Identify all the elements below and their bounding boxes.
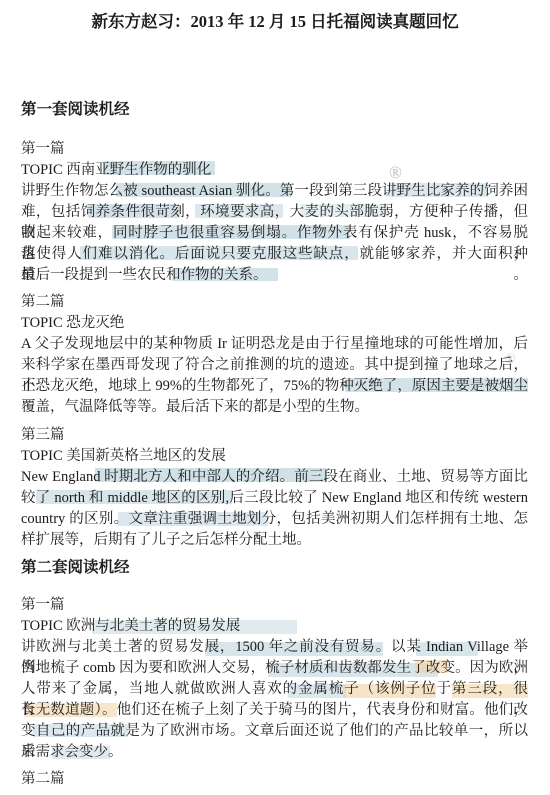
text-line: 来科学家在墨西哥发现了符合之前推测的坑的遗迹。其中提到撞了地球之后，不 <box>21 355 528 376</box>
text-line: 来需求会变少。 <box>21 742 528 763</box>
passage-topic: TOPIC 恐龙灭绝 <box>21 313 528 334</box>
text-line: 当地梳子 comb 因为要和欧洲人交易，梳子材质和齿数都发生了改变。因为欧洲 <box>21 658 528 679</box>
passage-body: 讲欧洲与北美土著的贸易发展，1500 年之前没有贸易。以某 Indian Vil… <box>21 637 528 763</box>
text-line: 人带来了金属，当地人就做欧洲人喜欢的金属梳子（该例子位于第三段，很长， <box>21 679 528 700</box>
document-page: ®® 新东方赵习：2013 年 12 月 15 日托福阅读真题回忆 第一套阅读机… <box>0 0 550 795</box>
passage-label: 第一篇 <box>21 139 528 160</box>
passage-label: 第二篇 <box>21 292 528 313</box>
text-line: 讲欧洲与北美土著的贸易发展，1500 年之前没有贸易。以某 Indian Vil… <box>21 637 528 658</box>
passage-body: A 父子发现地层中的某种物质 Ir 证明恐龙是由于行星撞地球的可能性增加，后来科… <box>21 334 528 418</box>
text-line: 讲野生作物怎么被 southeast Asian 驯化。第一段到第三段讲野生比家… <box>21 181 528 202</box>
text-line: country 的区别。文章注重强调土地划分，包括美洲初期人们怎样拥有土地、怎 <box>21 509 528 530</box>
text-line: 割起来较难，同时脖子也很重容易倒塌。作物外表有保护壳 husk，不容易脱落， <box>21 223 528 244</box>
text-line: 也使得人们难以消化。后面说只要克服这些缺点，就能够家养，并大面积种植。 <box>21 244 528 265</box>
text-line: 较了 north 和 middle 地区的区别,后三段比较了 New Engla… <box>21 488 528 509</box>
text-line: 样扩展等，后期有了儿子之后怎样分配土地。 <box>21 530 528 551</box>
passage-block: 第二篇 <box>21 769 528 790</box>
section-heading-1: 第一套阅读机经 <box>21 99 528 120</box>
passage-label: 第一篇 <box>21 595 528 616</box>
text-line: 覆盖，气温降低等等。最后活下来的都是小型的生物。 <box>21 397 528 418</box>
passage-block: 第一篇 TOPIC 欧洲与北美土著的贸易发展 讲欧洲与北美土著的贸易发展，150… <box>21 595 528 763</box>
passage-block: 第三篇 TOPIC 美国新英格兰地区的发展 New England 时期北方人和… <box>21 425 528 551</box>
passage-block: 第一篇 TOPIC 西南亚野生作物的驯化 讲野生作物怎么被 southeast … <box>21 139 528 286</box>
text-line: 止恐龙灭绝，地球上 99%的生物都死了，75%的物种灭绝了，原因主要是被烟尘 <box>21 376 528 397</box>
text-line: 有无数道题）。他们还在梳子上刻了关于骑马的图片，代表身份和财富。他们改 <box>21 700 528 721</box>
passage-block: 第二篇 TOPIC 恐龙灭绝 A 父子发现地层中的某种物质 Ir 证明恐龙是由于… <box>21 292 528 418</box>
passage-body: 讲野生作物怎么被 southeast Asian 驯化。第一段到第三段讲野生比家… <box>21 181 528 286</box>
section-heading-2: 第二套阅读机经 <box>21 557 528 578</box>
text-line: 难，包括饲养条件很苛刻，环境要求高，大麦的头部脆弱，方便种子传播，但收 <box>21 202 528 223</box>
passage-topic: TOPIC 西南亚野生作物的驯化 <box>21 160 528 181</box>
text-line: 变自己的产品就是为了欧洲市场。文章后面还说了他们的产品比较单一，所以后 <box>21 721 528 742</box>
passage-topic: TOPIC 美国新英格兰地区的发展 <box>21 446 528 467</box>
passage-topic: TOPIC 欧洲与北美土著的贸易发展 <box>21 616 528 637</box>
text-line: A 父子发现地层中的某种物质 Ir 证明恐龙是由于行星撞地球的可能性增加，后 <box>21 334 528 355</box>
passage-label: 第三篇 <box>21 425 528 446</box>
text-line: New England 时期北方人和中部人的介绍。前三段在商业、土地、贸易等方面… <box>21 467 528 488</box>
passage-label: 第二篇 <box>21 769 528 790</box>
passage-body: New England 时期北方人和中部人的介绍。前三段在商业、土地、贸易等方面… <box>21 467 528 551</box>
document-title: 新东方赵习：2013 年 12 月 15 日托福阅读真题回忆 <box>0 11 550 32</box>
